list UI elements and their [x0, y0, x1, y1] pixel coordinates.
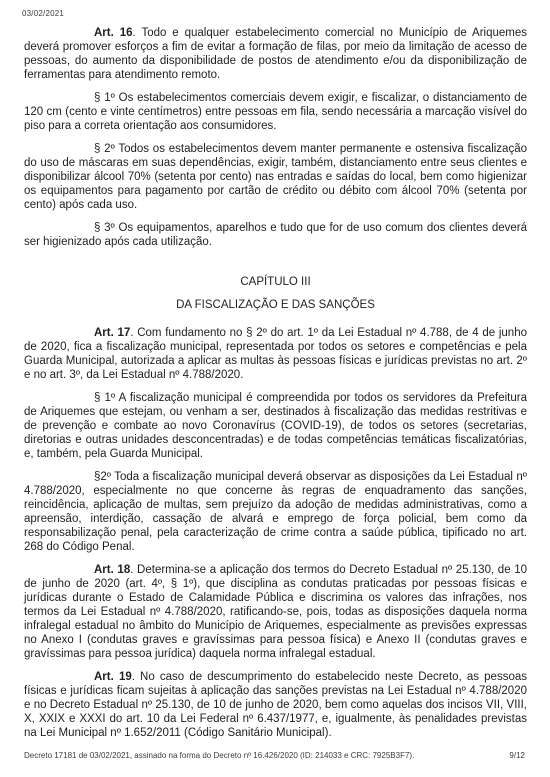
article-18-label: Art. 18: [94, 564, 130, 576]
article-16-paragraph-3: § 3º Os equipamentos, aparelhos e tudo q…: [24, 221, 527, 249]
page-footer: Decreto 17181 de 03/02/2021, assinado na…: [24, 751, 525, 760]
article-16-paragraph: Art. 16. Todo e qualquer estabelecimento…: [24, 26, 527, 82]
document-page: 03/02/2021 Art. 16. Todo e qualquer esta…: [0, 0, 550, 777]
article-17-paragraph-1: § 1º A fiscalização municipal é compreen…: [24, 391, 527, 461]
footer-signature-note: Decreto 17181 de 03/02/2021, assinado na…: [24, 751, 414, 760]
chapter-title: DA FISCALIZAÇÃO E DAS SANÇÕES: [24, 298, 527, 312]
decree-body: Art. 16. Todo e qualquer estabelecimento…: [24, 26, 527, 749]
article-18-text: . Determina-se a aplicação dos termos do…: [24, 564, 527, 660]
article-17-paragraph: Art. 17. Com fundamento no § 2º do art. …: [24, 326, 527, 382]
article-19-label: Art. 19: [94, 671, 132, 683]
article-16-paragraph-1: § 1º Os estabelecimentos comerciais deve…: [24, 91, 527, 133]
article-17-label: Art. 17: [94, 327, 130, 339]
article-19-paragraph: Art. 19. No caso de descumprimento do es…: [24, 670, 527, 740]
page-number: 9/12: [509, 751, 525, 760]
article-16-label: Art. 16: [94, 27, 133, 39]
article-16-paragraph-2: § 2º Todos os estabelecimentos devem man…: [24, 142, 527, 212]
article-18-paragraph: Art. 18. Determina-se a aplicação dos te…: [24, 563, 527, 661]
article-17-paragraph-2: §2º Toda a fiscalização municipal deverá…: [24, 470, 527, 554]
chapter-heading: CAPÍTULO III: [24, 275, 527, 289]
print-date: 03/02/2021: [22, 9, 64, 18]
